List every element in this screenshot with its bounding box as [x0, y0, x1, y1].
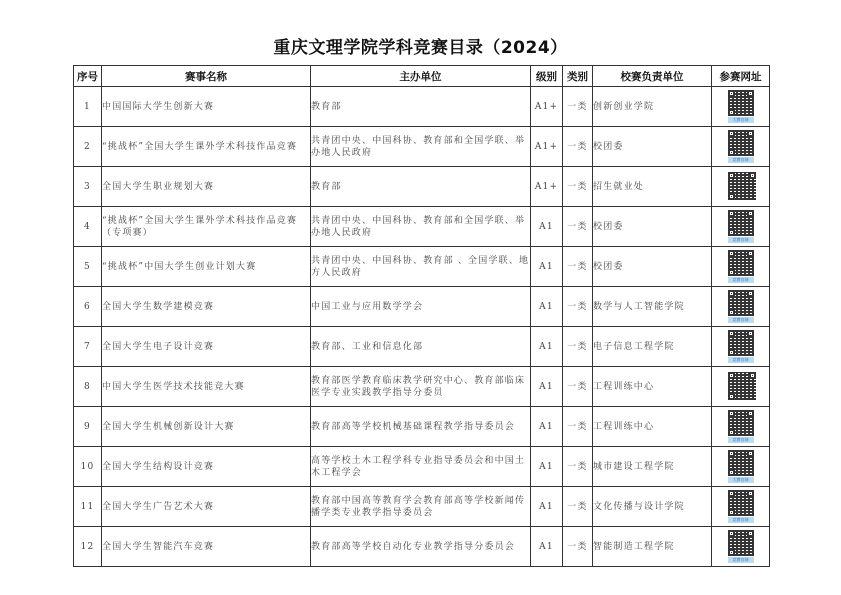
row-index: 10 [74, 447, 102, 487]
registration-url-cell: 竞赛官网 [712, 527, 770, 567]
table-row: 1中国国际大学生创新大赛教育部A1+一类创新创业学院大赛官网 [74, 87, 770, 127]
organizer: 共青团中央、中国科协、教育部和全国学联、举办地人民政府 [311, 207, 531, 247]
qr-code-pattern [728, 250, 754, 276]
header-category: 类别 [563, 66, 593, 87]
category: 一类 [563, 327, 593, 367]
school-unit: 校团委 [593, 127, 712, 167]
qr-caption: 竞赛官网 [728, 317, 754, 323]
registration-url-cell: 竞赛官网 [712, 207, 770, 247]
competition-name: 全国大学生广告艺术大赛 [102, 487, 311, 527]
qr-code-pattern [728, 130, 754, 156]
level: A1 [531, 287, 563, 327]
row-index: 8 [74, 367, 102, 407]
qr-code-pattern [728, 90, 754, 116]
registration-url-cell: 竞赛官网 [712, 407, 770, 447]
qr-code-icon[interactable]: 竞赛官网 [728, 130, 754, 163]
header-url: 参赛网址 [712, 66, 770, 87]
organizer: 教育部高等学校自动化专业教学指导分委员会 [311, 527, 531, 567]
level: A1+ [531, 87, 563, 127]
row-index: 7 [74, 327, 102, 367]
competition-name: 全国大学生机械创新设计大赛 [102, 407, 311, 447]
qr-code-pattern [728, 330, 754, 356]
competition-name: “挑战杯”中国大学生创业计划大赛 [102, 247, 311, 287]
school-unit: 智能制造工程学院 [593, 527, 712, 567]
qr-code-icon[interactable] [728, 172, 754, 202]
organizer: 教育部 [311, 167, 531, 207]
qr-code-icon[interactable]: 大赛官网 [728, 450, 754, 483]
page-title: 重庆文理学院学科竞赛目录（2024） [0, 33, 841, 58]
table-row: 10全国大学生结构设计竞赛高等学校土木工程学科专业指导委员会和中国土木工程学会A… [74, 447, 770, 487]
category: 一类 [563, 447, 593, 487]
qr-caption: 竞赛官网 [728, 437, 754, 443]
row-index: 2 [74, 127, 102, 167]
qr-code-pattern [728, 490, 754, 516]
level: A1 [531, 527, 563, 567]
qr-code-pattern [728, 210, 754, 236]
qr-code-pattern [728, 450, 754, 476]
organizer: 教育部医学教育临床教学研究中心、教育部临床医学专业实践教学指导分委员 [311, 367, 531, 407]
table-header-row: 序号 赛事名称 主办单位 级别 类别 校赛负责单位 参赛网址 [74, 66, 770, 87]
level: A1 [531, 487, 563, 527]
qr-code-icon[interactable]: 竞赛官网 [728, 410, 754, 443]
row-index: 4 [74, 207, 102, 247]
qr-code-pattern [728, 290, 754, 316]
table-row: 7全国大学生电子设计竞赛教育部、工业和信息化部A1一类电子信息工程学院竞赛官网 [74, 327, 770, 367]
qr-caption: 大赛官网 [728, 117, 754, 123]
organizer: 教育部中国高等教育学会教育部高等学校新闻传播学类专业教学指导委员会 [311, 487, 531, 527]
category: 一类 [563, 247, 593, 287]
table-body: 1中国国际大学生创新大赛教育部A1+一类创新创业学院大赛官网2“挑战杯”全国大学… [74, 87, 770, 567]
table-row: 5“挑战杯”中国大学生创业计划大赛共青团中央、中国科协、教育部 、全国学联、地方… [74, 247, 770, 287]
qr-code-pattern [728, 172, 756, 200]
registration-url-cell: 竞赛官网 [712, 327, 770, 367]
qr-caption: 竞赛官网 [728, 157, 754, 163]
level: A1+ [531, 167, 563, 207]
competition-name: 全国大学生数学建模竞赛 [102, 287, 311, 327]
qr-code-icon[interactable]: 竞赛官网 [728, 330, 754, 363]
school-unit: 文化传播与设计学院 [593, 487, 712, 527]
qr-code-icon[interactable]: 大赛官网 [728, 90, 754, 123]
row-index: 1 [74, 87, 102, 127]
category: 一类 [563, 287, 593, 327]
header-index: 序号 [74, 66, 102, 87]
table-row: 6全国大学生数学建模竞赛中国工业与应用数学学会A1一类数学与人工智能学院竞赛官网 [74, 287, 770, 327]
school-unit: 招生就业处 [593, 167, 712, 207]
table-row: 11全国大学生广告艺术大赛教育部中国高等教育学会教育部高等学校新闻传播学类专业教… [74, 487, 770, 527]
header-level: 级别 [531, 66, 563, 87]
school-unit: 电子信息工程学院 [593, 327, 712, 367]
table-row: 3全国大学生职业规划大赛教育部A1+一类招生就业处 [74, 167, 770, 207]
row-index: 9 [74, 407, 102, 447]
qr-code-icon[interactable] [728, 372, 754, 402]
competition-name: “挑战杯”全国大学生课外学术科技作品竞赛 [102, 127, 311, 167]
registration-url-cell [712, 367, 770, 407]
school-unit: 校团委 [593, 247, 712, 287]
table-row: 4“挑战杯”全国大学生课外学术科技作品竞赛（专项赛）共青团中央、中国科协、教育部… [74, 207, 770, 247]
category: 一类 [563, 127, 593, 167]
qr-code-icon[interactable]: 竞赛官网 [728, 530, 754, 563]
header-organizer: 主办单位 [311, 66, 531, 87]
registration-url-cell: 竞赛官网 [712, 287, 770, 327]
qr-code-pattern [728, 530, 754, 556]
table-row: 8中国大学生医学技术技能竞大赛教育部医学教育临床教学研究中心、教育部临床医学专业… [74, 367, 770, 407]
organizer: 教育部、工业和信息化部 [311, 327, 531, 367]
level: A1 [531, 327, 563, 367]
row-index: 6 [74, 287, 102, 327]
level: A1 [531, 407, 563, 447]
competition-name: “挑战杯”全国大学生课外学术科技作品竞赛（专项赛） [102, 207, 311, 247]
registration-url-cell: 大赛官网 [712, 87, 770, 127]
header-school-unit: 校赛负责单位 [593, 66, 712, 87]
school-unit: 工程训练中心 [593, 407, 712, 447]
organizer: 教育部 [311, 87, 531, 127]
category: 一类 [563, 207, 593, 247]
qr-code-pattern [728, 410, 754, 436]
organizer: 高等学校土木工程学科专业指导委员会和中国土木工程学会 [311, 447, 531, 487]
school-unit: 工程训练中心 [593, 367, 712, 407]
category: 一类 [563, 367, 593, 407]
competition-catalog-table: 序号 赛事名称 主办单位 级别 类别 校赛负责单位 参赛网址 1中国国际大学生创… [73, 65, 770, 567]
school-unit: 校团委 [593, 207, 712, 247]
table-row: 12全国大学生智能汽车竞赛教育部高等学校自动化专业教学指导分委员会A1一类智能制… [74, 527, 770, 567]
competition-name: 全国大学生职业规划大赛 [102, 167, 311, 207]
qr-caption: 竞赛官网 [728, 517, 754, 523]
level: A1 [531, 207, 563, 247]
level: A1 [531, 447, 563, 487]
registration-url-cell: 竞赛官网 [712, 127, 770, 167]
qr-caption: 竞赛官网 [728, 357, 754, 363]
organizer: 共青团中央、中国科协、教育部 、全国学联、地方人民政府 [311, 247, 531, 287]
table-row: 2“挑战杯”全国大学生课外学术科技作品竞赛共青团中央、中国科协、教育部和全国学联… [74, 127, 770, 167]
qr-caption: 竞赛官网 [728, 277, 754, 283]
table-row: 9全国大学生机械创新设计大赛教育部高等学校机械基础课程教学指导委员会A1一类工程… [74, 407, 770, 447]
school-unit: 数学与人工智能学院 [593, 287, 712, 327]
registration-url-cell [712, 167, 770, 207]
category: 一类 [563, 527, 593, 567]
organizer: 共青团中央、中国科协、教育部和全国学联、举办地人民政府 [311, 127, 531, 167]
organizer: 教育部高等学校机械基础课程教学指导委员会 [311, 407, 531, 447]
school-unit: 城市建设工程学院 [593, 447, 712, 487]
row-index: 12 [74, 527, 102, 567]
header-name: 赛事名称 [102, 66, 311, 87]
row-index: 11 [74, 487, 102, 527]
organizer: 中国工业与应用数学学会 [311, 287, 531, 327]
qr-code-icon[interactable]: 竞赛官网 [728, 250, 754, 283]
competition-name: 全国大学生智能汽车竞赛 [102, 527, 311, 567]
competition-name: 中国大学生医学技术技能竞大赛 [102, 367, 311, 407]
level: A1 [531, 247, 563, 287]
registration-url-cell: 竞赛官网 [712, 247, 770, 287]
row-index: 5 [74, 247, 102, 287]
competition-name: 中国国际大学生创新大赛 [102, 87, 311, 127]
qr-code-icon[interactable]: 竞赛官网 [728, 210, 754, 243]
qr-caption: 竞赛官网 [728, 237, 754, 243]
level: A1 [531, 367, 563, 407]
qr-caption: 竞赛官网 [728, 557, 754, 563]
qr-code-icon[interactable]: 竞赛官网 [728, 290, 754, 323]
category: 一类 [563, 167, 593, 207]
competition-name: 全国大学生电子设计竞赛 [102, 327, 311, 367]
qr-code-icon[interactable]: 竞赛官网 [728, 490, 754, 523]
row-index: 3 [74, 167, 102, 207]
competition-name: 全国大学生结构设计竞赛 [102, 447, 311, 487]
level: A1+ [531, 127, 563, 167]
school-unit: 创新创业学院 [593, 87, 712, 127]
qr-code-pattern [728, 372, 756, 400]
registration-url-cell: 大赛官网 [712, 447, 770, 487]
qr-caption: 大赛官网 [728, 477, 754, 483]
registration-url-cell: 竞赛官网 [712, 487, 770, 527]
category: 一类 [563, 87, 593, 127]
category: 一类 [563, 407, 593, 447]
category: 一类 [563, 487, 593, 527]
